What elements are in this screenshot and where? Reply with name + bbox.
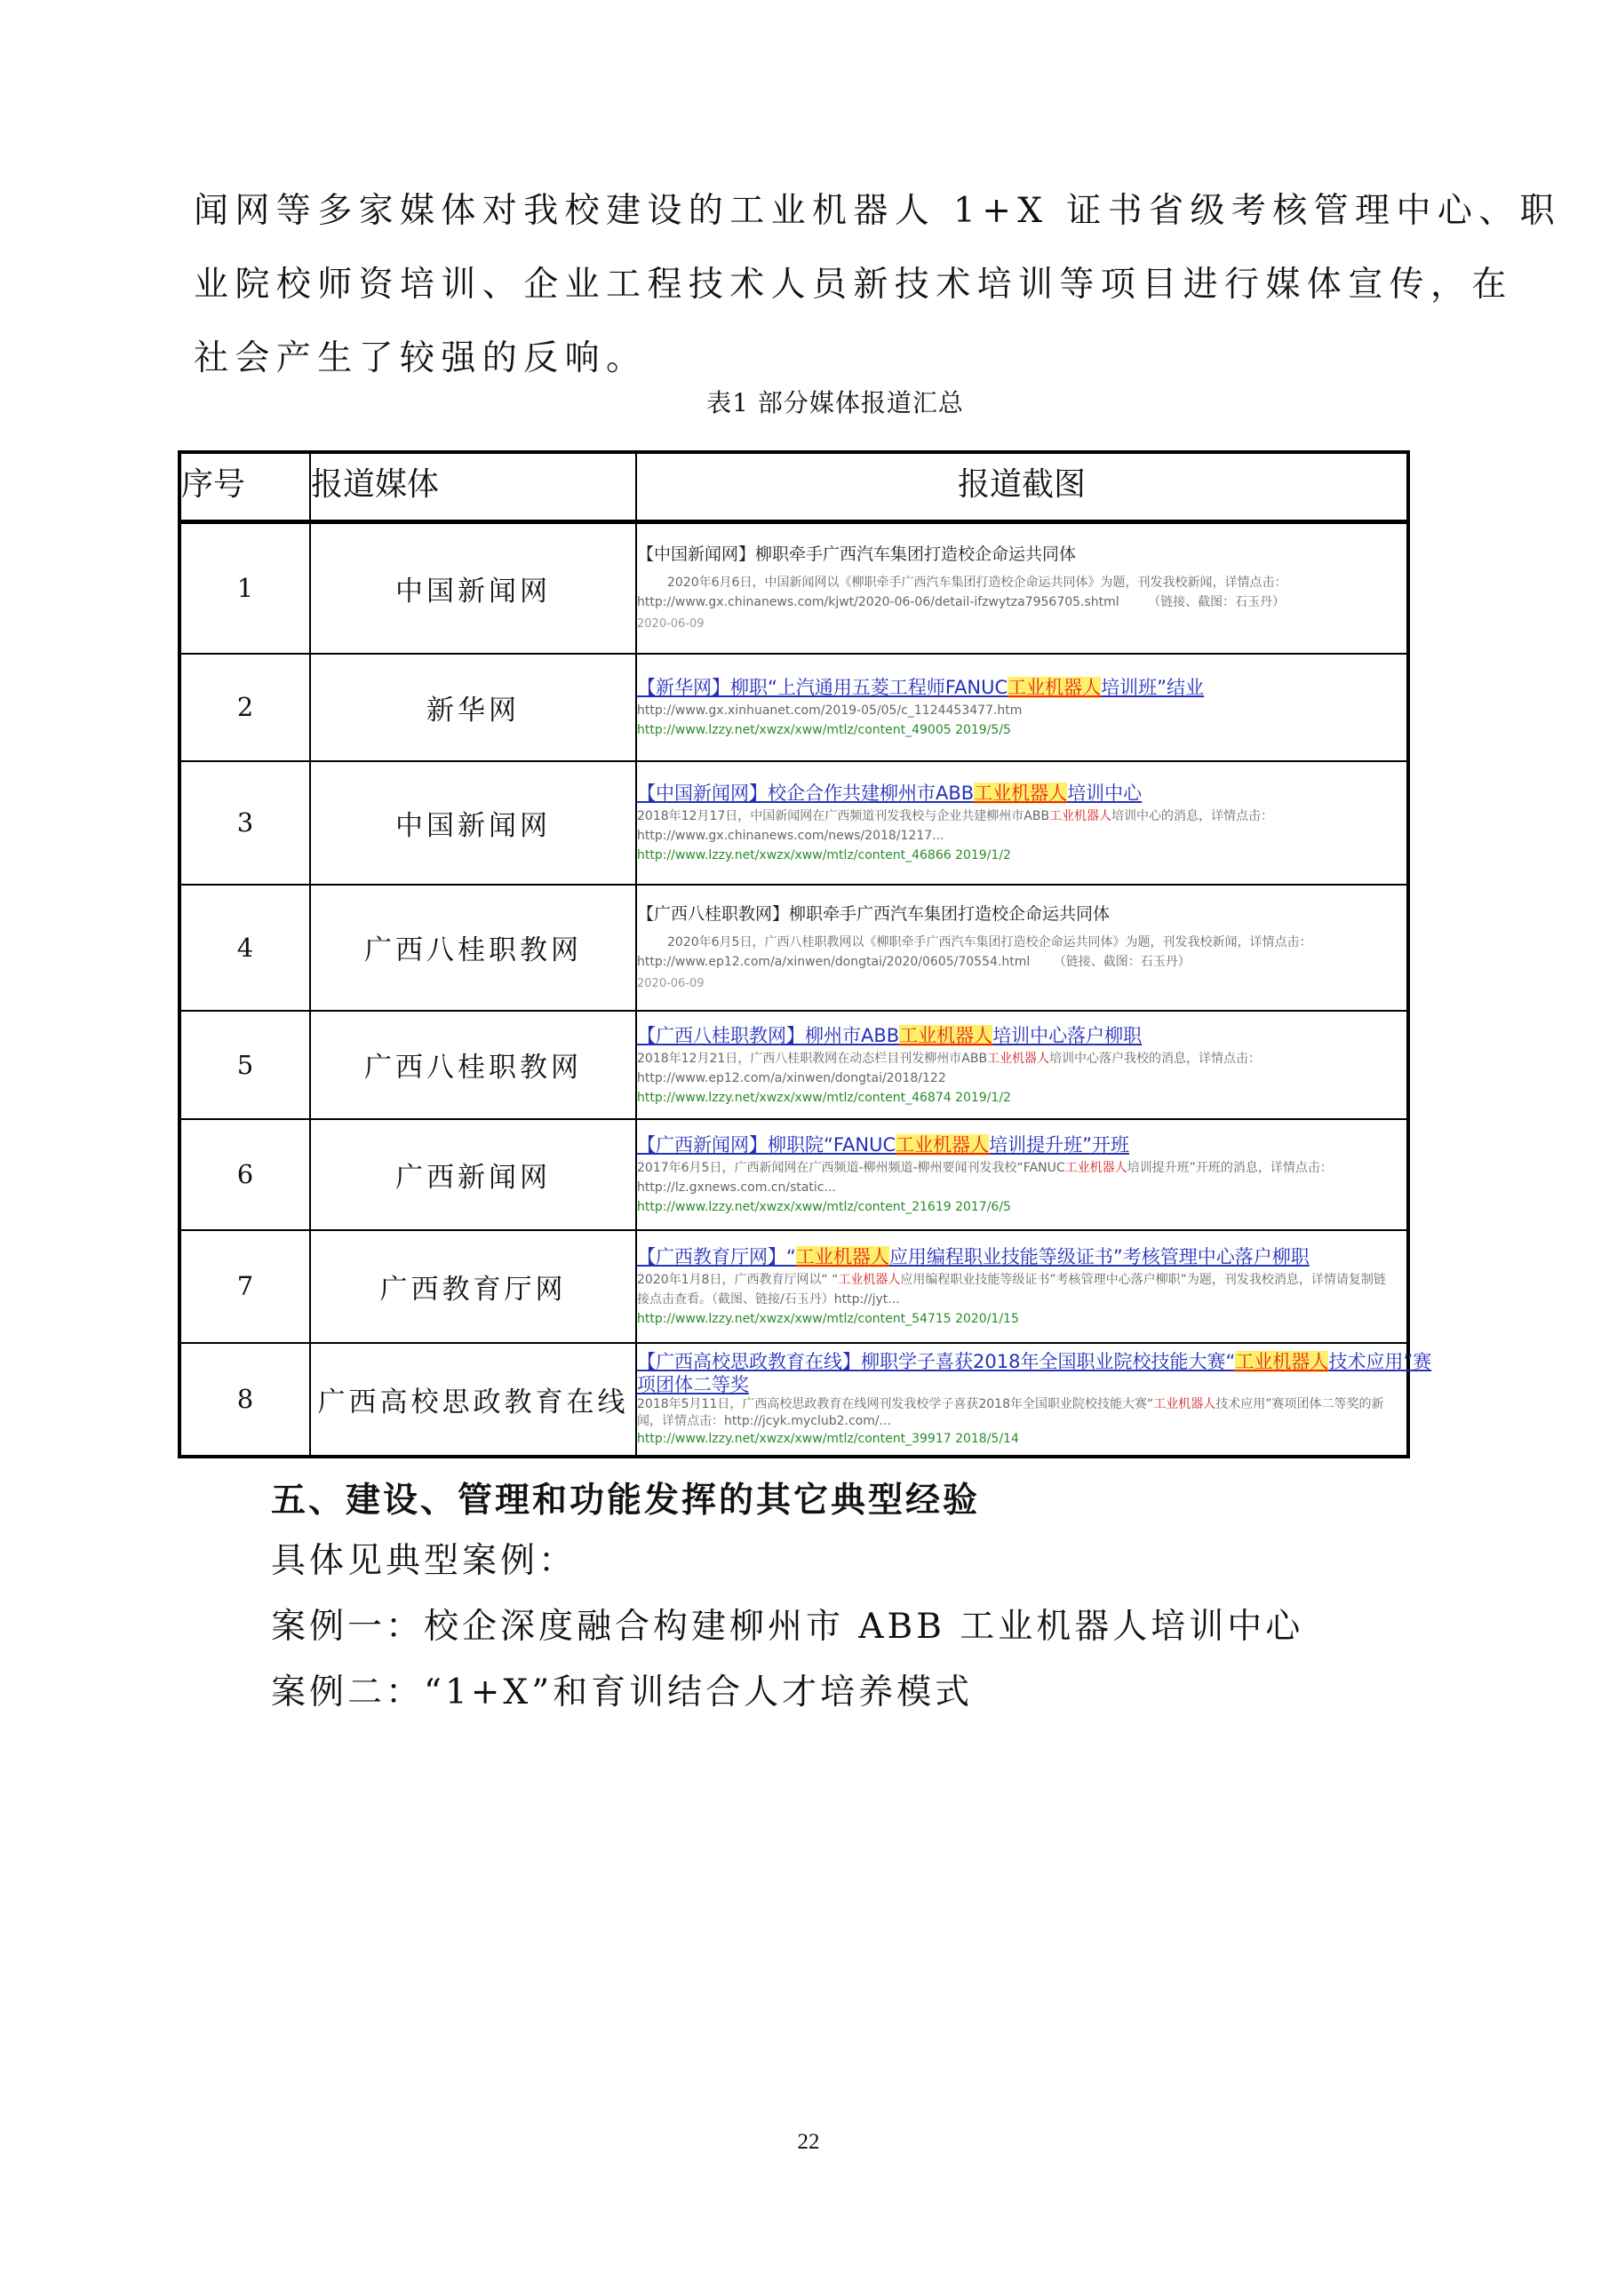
report-screenshot: 【广西八桂职教网】柳职牵手广西汽车集团打造校企命运共同体 2020年6月5日，广… xyxy=(636,885,1408,1011)
report-url: http://www.ep12.com/a/xinwen/dongtai/202… xyxy=(637,952,1406,972)
media-name: 中国新闻网 xyxy=(310,522,636,654)
school-url: http://www.lzzy.net/xwzx/xww/mtlz/conten… xyxy=(637,1197,1406,1217)
row-number: 5 xyxy=(179,1011,310,1119)
table-header-row: 序号 报道媒体 报道截图 xyxy=(179,452,1408,522)
media-name: 新华网 xyxy=(310,654,636,761)
header-serial-no: 序号 xyxy=(179,452,310,522)
report-url: 接点击查看。（截图、链接/石玉丹）http://jyt... xyxy=(637,1290,1406,1309)
report-date: 2020-06-09 xyxy=(637,612,1406,637)
table-row: 3 中国新闻网 【中国新闻网】校企合作共建柳州市ABB工业机器人培训中心 201… xyxy=(179,761,1408,885)
media-name: 广西新闻网 xyxy=(310,1119,636,1230)
report-title-link[interactable]: 【中国新闻网】校企合作共建柳州市ABB工业机器人培训中心 xyxy=(637,780,1406,806)
report-url: http://lz.gxnews.com.cn/static... xyxy=(637,1178,1406,1197)
media-name: 中国新闻网 xyxy=(310,761,636,885)
table-row: 6 广西新闻网 【广西新闻网】柳职院“FANUC工业机器人培训提升班”开班 20… xyxy=(179,1119,1408,1230)
table-caption: 表1 部分媒体报道汇总 xyxy=(0,384,1617,419)
section-heading: 五、建设、管理和功能发挥的其它典型经验 xyxy=(271,1473,980,1522)
report-text: 2020年1月8日，广西教育厅网以“ “工业机器人应用编程职业技能等级证书”考核… xyxy=(637,1270,1406,1290)
table-row: 1 中国新闻网 【中国新闻网】柳职牵手广西汽车集团打造校企命运共同体 2020年… xyxy=(179,522,1408,654)
media-report-table: 序号 报道媒体 报道截图 1 中国新闻网 【中国新闻网】柳职牵手广西汽车集团打造… xyxy=(178,450,1410,1458)
school-url: http://www.lzzy.net/xwzx/xww/mtlz/conten… xyxy=(637,1309,1406,1329)
school-url: http://www.lzzy.net/xwzx/xww/mtlz/conten… xyxy=(637,1430,1406,1448)
case-two: 案例二：“1+X”和育训结合人才培养模式 xyxy=(271,1664,973,1714)
school-url: http://www.lzzy.net/xwzx/xww/mtlz/conten… xyxy=(637,720,1406,740)
report-screenshot: 【广西教育厅网】“工业机器人应用编程职业技能等级证书”考核管理中心落户柳职 20… xyxy=(636,1230,1408,1343)
report-title: 【广西八桂职教网】柳职牵手广西汽车集团打造校企命运共同体 xyxy=(637,901,1406,927)
row-number: 8 xyxy=(179,1343,310,1457)
media-name: 广西八桂职教网 xyxy=(310,1011,636,1119)
school-url: http://www.lzzy.net/xwzx/xww/mtlz/conten… xyxy=(637,1088,1406,1108)
paragraph-line: 闻网等多家媒体对我校建设的工业机器人 1+X 证书省级考核管理中心、职 xyxy=(194,174,1429,248)
media-name: 广西教育厅网 xyxy=(310,1230,636,1343)
case-one: 案例一：校企深度融合构建柳州市 ABB 工业机器人培训中心 xyxy=(271,1599,1303,1649)
report-title-link[interactable]: 【广西新闻网】柳职院“FANUC工业机器人培训提升班”开班 xyxy=(637,1132,1406,1158)
table-row: 8 广西高校思政教育在线 【广西高校思政教育在线】柳职学子喜获2018年全国职业… xyxy=(179,1343,1408,1457)
report-screenshot: 【广西八桂职教网】柳州市ABB工业机器人培训中心落户柳职 2018年12月21日… xyxy=(636,1011,1408,1119)
row-number: 1 xyxy=(179,522,310,654)
report-title-link-line2[interactable]: 项团体二等奖 xyxy=(637,1373,1406,1396)
report-date: 2020-06-09 xyxy=(637,972,1406,997)
report-title: 【中国新闻网】柳职牵手广西汽车集团打造校企命运共同体 xyxy=(637,541,1406,568)
paragraph-line: 业院校师资培训、企业工程技术人员新技术培训等项目进行媒体宣传，在 xyxy=(194,248,1429,322)
row-number: 7 xyxy=(179,1230,310,1343)
header-screenshot: 报道截图 xyxy=(636,452,1408,522)
report-screenshot: 【中国新闻网】校企合作共建柳州市ABB工业机器人培训中心 2018年12月17日… xyxy=(636,761,1408,885)
table-row: 2 新华网 【新华网】柳职“上汽通用五菱工程师FANUC工业机器人培训班”结业 … xyxy=(179,654,1408,761)
row-number: 2 xyxy=(179,654,310,761)
table-row: 7 广西教育厅网 【广西教育厅网】“工业机器人应用编程职业技能等级证书”考核管理… xyxy=(179,1230,1408,1343)
report-url: http://www.gx.xinhuanet.com/2019-05/05/c… xyxy=(637,701,1406,720)
report-text: 2018年5月11日，广西高校思政教育在线网刊发我校学子喜获2018年全国职业院… xyxy=(637,1396,1406,1413)
report-text: 2020年6月6日，中国新闻网以《柳职牵手广西汽车集团打造校企命运共同体》为题，… xyxy=(637,573,1406,592)
report-url: http://www.gx.chinanews.com/news/2018/12… xyxy=(637,826,1406,846)
row-number: 4 xyxy=(179,885,310,1011)
row-number: 3 xyxy=(179,761,310,885)
report-text: 2017年6月5日，广西新闻网在广西频道-柳州频道-柳州要闻刊发我校“FANUC… xyxy=(637,1158,1406,1178)
page-number: 22 xyxy=(0,2130,1617,2155)
report-title-link[interactable]: 【新华网】柳职“上汽通用五菱工程师FANUC工业机器人培训班”结业 xyxy=(637,674,1406,701)
report-screenshot: 【广西高校思政教育在线】柳职学子喜获2018年全国职业院校技能大赛“工业机器人技… xyxy=(636,1343,1408,1457)
row-number: 6 xyxy=(179,1119,310,1230)
intro-paragraph: 闻网等多家媒体对我校建设的工业机器人 1+X 证书省级考核管理中心、职 业院校师… xyxy=(194,174,1429,395)
report-url: http://www.ep12.com/a/xinwen/dongtai/201… xyxy=(637,1069,1406,1088)
report-screenshot: 【新华网】柳职“上汽通用五菱工程师FANUC工业机器人培训班”结业 http:/… xyxy=(636,654,1408,761)
table-row: 4 广西八桂职教网 【广西八桂职教网】柳职牵手广西汽车集团打造校企命运共同体 2… xyxy=(179,885,1408,1011)
report-title-link[interactable]: 【广西高校思政教育在线】柳职学子喜获2018年全国职业院校技能大赛“工业机器人技… xyxy=(637,1350,1406,1373)
report-title-link[interactable]: 【广西八桂职教网】柳州市ABB工业机器人培训中心落户柳职 xyxy=(637,1022,1406,1049)
report-text: 2018年12月21日，广西八桂职教网在动态栏目刊发柳州市ABB工业机器人培训中… xyxy=(637,1049,1406,1069)
media-name: 广西高校思政教育在线 xyxy=(310,1343,636,1457)
report-title-link[interactable]: 【广西教育厅网】“工业机器人应用编程职业技能等级证书”考核管理中心落户柳职 xyxy=(637,1243,1406,1270)
header-media: 报道媒体 xyxy=(310,452,636,522)
report-text: 2018年12月17日，中国新闻网在广西频道刊发我校与企业共建柳州市ABB工业机… xyxy=(637,806,1406,826)
media-name: 广西八桂职教网 xyxy=(310,885,636,1011)
report-url: 闻，详情点击：http://jcyk.myclub2.com/... xyxy=(637,1413,1406,1430)
table-row: 5 广西八桂职教网 【广西八桂职教网】柳州市ABB工业机器人培训中心落户柳职 2… xyxy=(179,1011,1408,1119)
report-text: 2020年6月5日，广西八桂职教网以《柳职牵手广西汽车集团打造校企命运共同体》为… xyxy=(637,933,1406,952)
report-url: http://www.gx.chinanews.com/kjwt/2020-06… xyxy=(637,592,1406,612)
section-line: 具体见典型案例： xyxy=(271,1533,577,1583)
report-screenshot: 【中国新闻网】柳职牵手广西汽车集团打造校企命运共同体 2020年6月6日，中国新… xyxy=(636,522,1408,654)
school-url: http://www.lzzy.net/xwzx/xww/mtlz/conten… xyxy=(637,846,1406,865)
report-screenshot: 【广西新闻网】柳职院“FANUC工业机器人培训提升班”开班 2017年6月5日，… xyxy=(636,1119,1408,1230)
